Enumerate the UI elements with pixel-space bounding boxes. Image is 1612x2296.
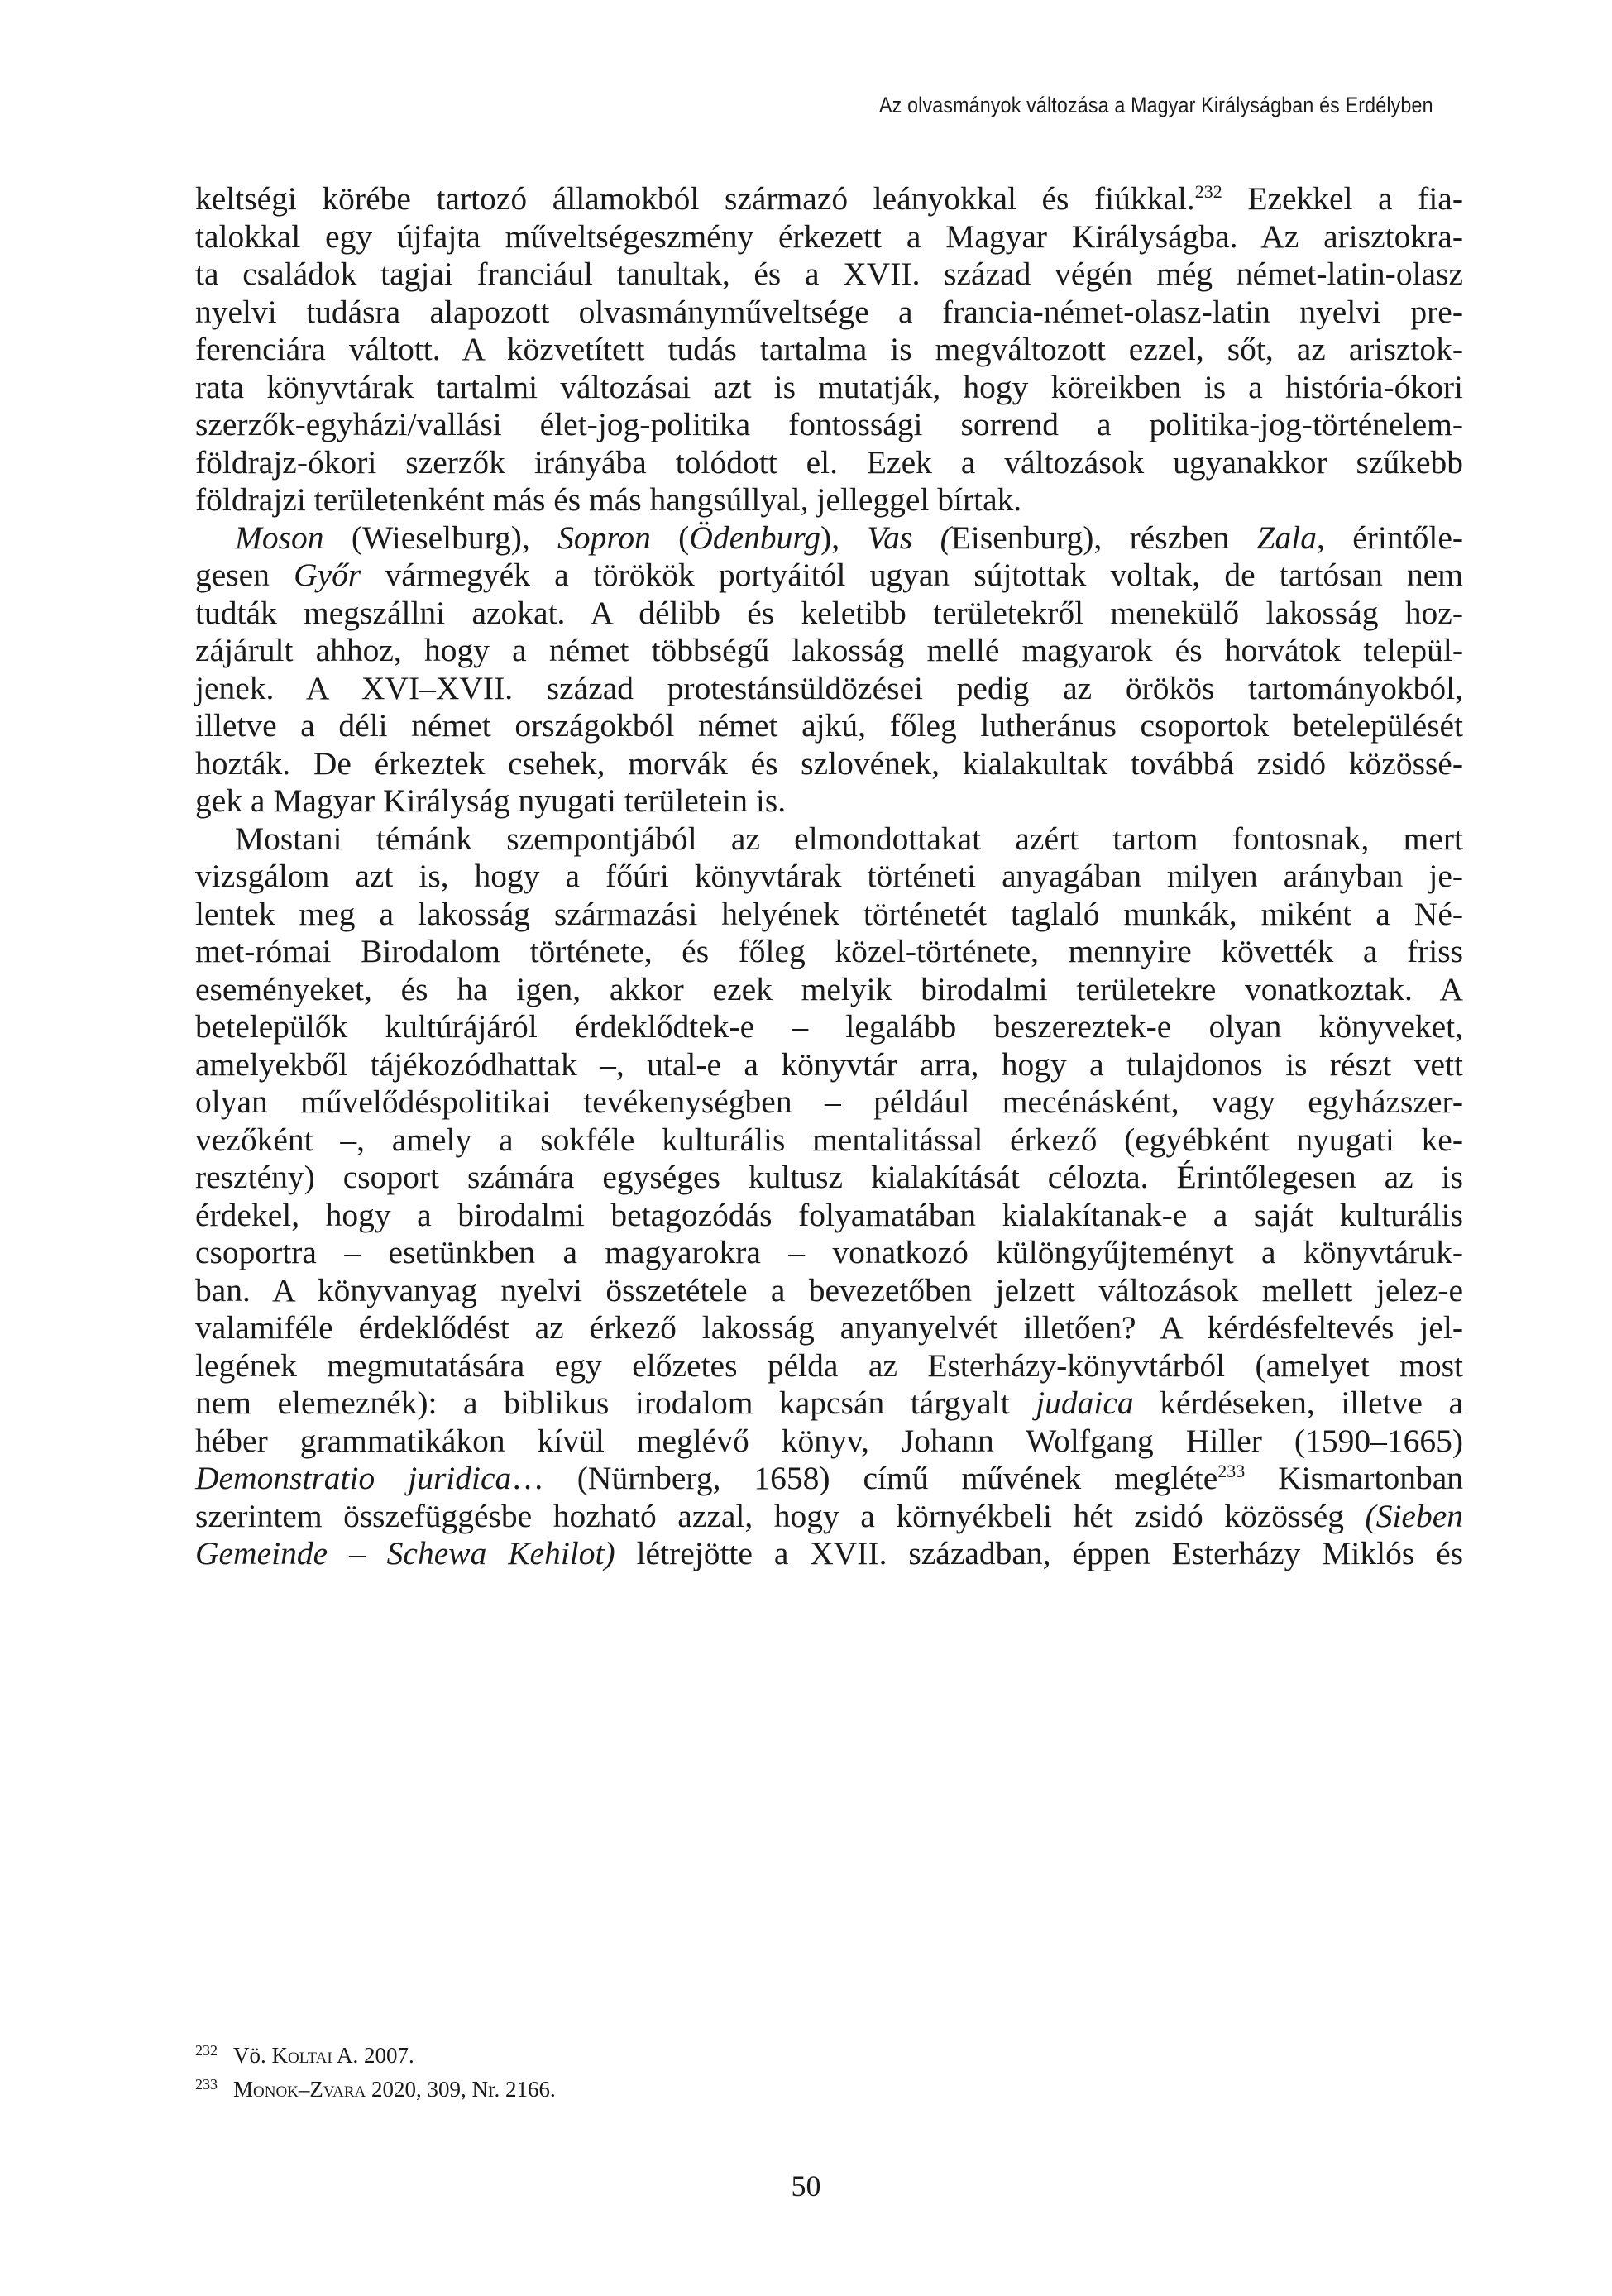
text-line: Demonstratio juridica… (Nürnberg, 1658) … [195, 1460, 1463, 1498]
footnotes: 232Vö. Koltai A. 2007.233Monok–Zvara 202… [195, 2036, 556, 2104]
text-line: ferenciára váltott. A közvetített tudás … [195, 331, 1463, 369]
text-line: nyelvi tudásra alapozott olvasmányművelt… [195, 294, 1463, 332]
italic-text: Demonstratio juridica [195, 1460, 511, 1496]
text-line: zájárult ahhoz, hogy a német többségű la… [195, 632, 1463, 670]
footnote: 232Vö. Koltai A. 2007. [195, 2036, 556, 2070]
text-line: tudták megszállni azokat. A délibb és ke… [195, 595, 1463, 633]
italic-text: Moson [235, 519, 324, 556]
author-name: Koltai [272, 2043, 332, 2068]
footnote-ref[interactable]: 233 [1217, 1461, 1245, 1481]
text-line: héber grammatikákon kívül meglévő könyv,… [195, 1423, 1463, 1461]
text-line: betelepülők kultúrájáról érdeklődtek-e –… [195, 1008, 1463, 1046]
text-line: földrajz-ókori szerzők irányába tolódott… [195, 444, 1463, 482]
text-line: met-római Birodalom története, és főleg … [195, 933, 1463, 971]
text-line: keltségi körébe tartozó államokból szárm… [195, 180, 1463, 218]
text-line: eseményeket, és ha igen, akkor ezek mely… [195, 971, 1463, 1009]
text-line: amelyekből tájékozódhattak –, utal-e a k… [195, 1046, 1463, 1084]
text-line: jenek. A XVI–XVII. század protestánsüldö… [195, 670, 1463, 708]
italic-text: Ödenburg [689, 519, 820, 556]
footnote-ref[interactable]: 232 [1195, 181, 1222, 202]
text-line: nem elemeznék): a biblikus irodalom kapc… [195, 1385, 1463, 1423]
text-line: érdekel, hogy a birodalmi betagozódás fo… [195, 1197, 1463, 1235]
text-line: vizsgálom azt is, hogy a főúri könyvtára… [195, 858, 1463, 896]
italic-text: judaica [1036, 1385, 1133, 1421]
text-line: ta családok tagjai franciául tanultak, é… [195, 256, 1463, 294]
page-number: 50 [0, 2169, 1612, 2203]
author-name: Monok–Zvara [233, 2077, 366, 2102]
text-line: valamiféle érdeklődést az érkező lakossá… [195, 1309, 1463, 1347]
footnote: 233Monok–Zvara 2020, 309, Nr. 2166. [195, 2070, 556, 2104]
footnote-number: 233 [195, 2070, 233, 2099]
text-line: hozták. De érkeztek csehek, morvák és sz… [195, 745, 1463, 783]
text-line: olyan művelődéspolitikai tevékenységben … [195, 1083, 1463, 1122]
text-line: gek a Magyar Királyság nyugati területei… [195, 782, 1463, 820]
body-text: keltségi körébe tartozó államokból szárm… [195, 180, 1463, 1573]
text-line: resztény) csoport számára egységes kultu… [195, 1159, 1463, 1197]
italic-text: Zala [1257, 519, 1317, 556]
text-line: rata könyvtárak tartalmi változásai azt … [195, 369, 1463, 407]
text-line: vezőként –, amely a sokféle kulturális m… [195, 1122, 1463, 1160]
footnote-number: 232 [195, 2036, 233, 2065]
paragraph: keltségi körébe tartozó államokból szárm… [195, 180, 1463, 519]
text-line: Gemeinde – Schewa Kehilot) létrejötte a … [195, 1535, 1463, 1573]
paragraph: Mostani témánk szempontjából az elmondot… [195, 820, 1463, 1573]
text-line: Mostani témánk szempontjából az elmondot… [195, 820, 1463, 859]
running-head: Az olvasmányok változása a Magyar Király… [879, 93, 1433, 118]
italic-text: Vas ( [867, 519, 950, 556]
paragraph: Moson (Wieselburg), Sopron (Ödenburg), V… [195, 519, 1463, 820]
italic-text: Sopron [557, 519, 651, 556]
text-line: gesen Győr vármegyék a törökök portyáitó… [195, 557, 1463, 595]
text-line: csoportra – esetünkben a magyarokra – vo… [195, 1234, 1463, 1272]
text-line: legének megmutatására egy előzetes példa… [195, 1347, 1463, 1385]
text-line: talokkal egy újfajta műveltségeszmény ér… [195, 218, 1463, 256]
italic-text: (Sieben [1366, 1498, 1463, 1534]
text-line: illetve a déli német országokból német a… [195, 707, 1463, 745]
text-line: szerzők-egyházi/vallási élet-jog-politik… [195, 406, 1463, 444]
text-line: lentek meg a lakosság származási helyéne… [195, 896, 1463, 934]
italic-text: Győr [294, 557, 361, 593]
text-line: Moson (Wieselburg), Sopron (Ödenburg), V… [195, 519, 1463, 557]
text-line: földrajzi területenként más és más hangs… [195, 481, 1463, 519]
italic-text: Gemeinde – Schewa Kehilot) [195, 1535, 615, 1571]
text-line: ban. A könyvanyag nyelvi összetétele a b… [195, 1272, 1463, 1310]
text-line: szerintem összefüggésbe hozható azzal, h… [195, 1498, 1463, 1536]
